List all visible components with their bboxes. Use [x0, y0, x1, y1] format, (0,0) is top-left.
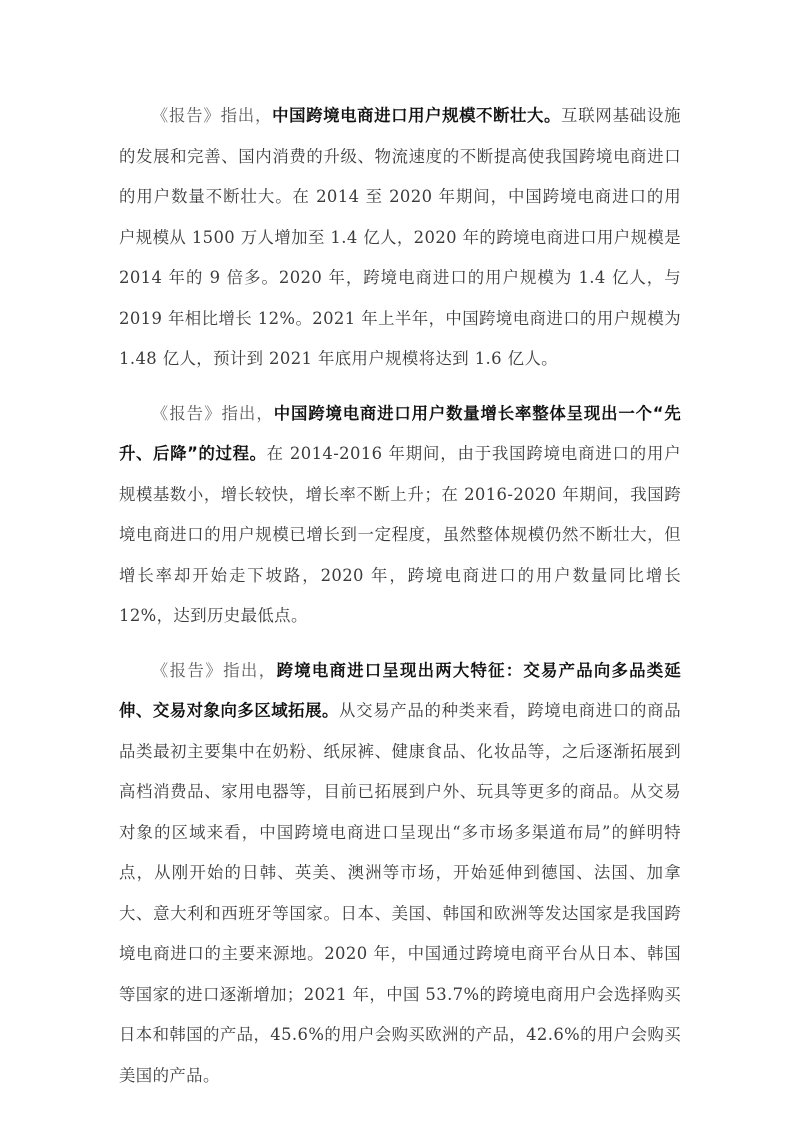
paragraph-lead: 《报告》指出， [152, 661, 277, 680]
paragraph-body: 在 2014-2016 年期间，由于我国跨境电商进口的用户规模基数小，增长较快，… [119, 444, 681, 625]
paragraph-key-point: 中国跨境电商进口用户规模不断壮大。 [272, 106, 561, 125]
paragraph-body: 从交易产品的种类来看，跨境电商进口的商品品类最初主要集中在奶粉、纸尿裤、健康食品… [119, 701, 681, 1085]
paragraph-user-scale: 《报告》指出，中国跨境电商进口用户规模不断壮大。互联网基础设施的发展和完善、国内… [119, 96, 681, 380]
paragraph-lead: 《报告》指出， [152, 404, 274, 423]
paragraph-growth-rate: 《报告》指出，中国跨境电商进口用户数量增长率整体呈现出一个“先升、后降”的过程。… [119, 394, 681, 637]
paragraph-body: 互联网基础设施的发展和完善、国内消费的升级、物流速度的不断提高使我国跨境电商进口… [119, 106, 681, 368]
paragraph-lead: 《报告》指出， [152, 106, 272, 125]
document-page: 《报告》指出，中国跨境电商进口用户规模不断壮大。互联网基础设施的发展和完善、国内… [119, 96, 681, 1110]
paragraph-two-features: 《报告》指出，跨境电商进口呈现出两大特征：交易产品向多品类延伸、交易对象向多区域… [119, 651, 681, 1097]
